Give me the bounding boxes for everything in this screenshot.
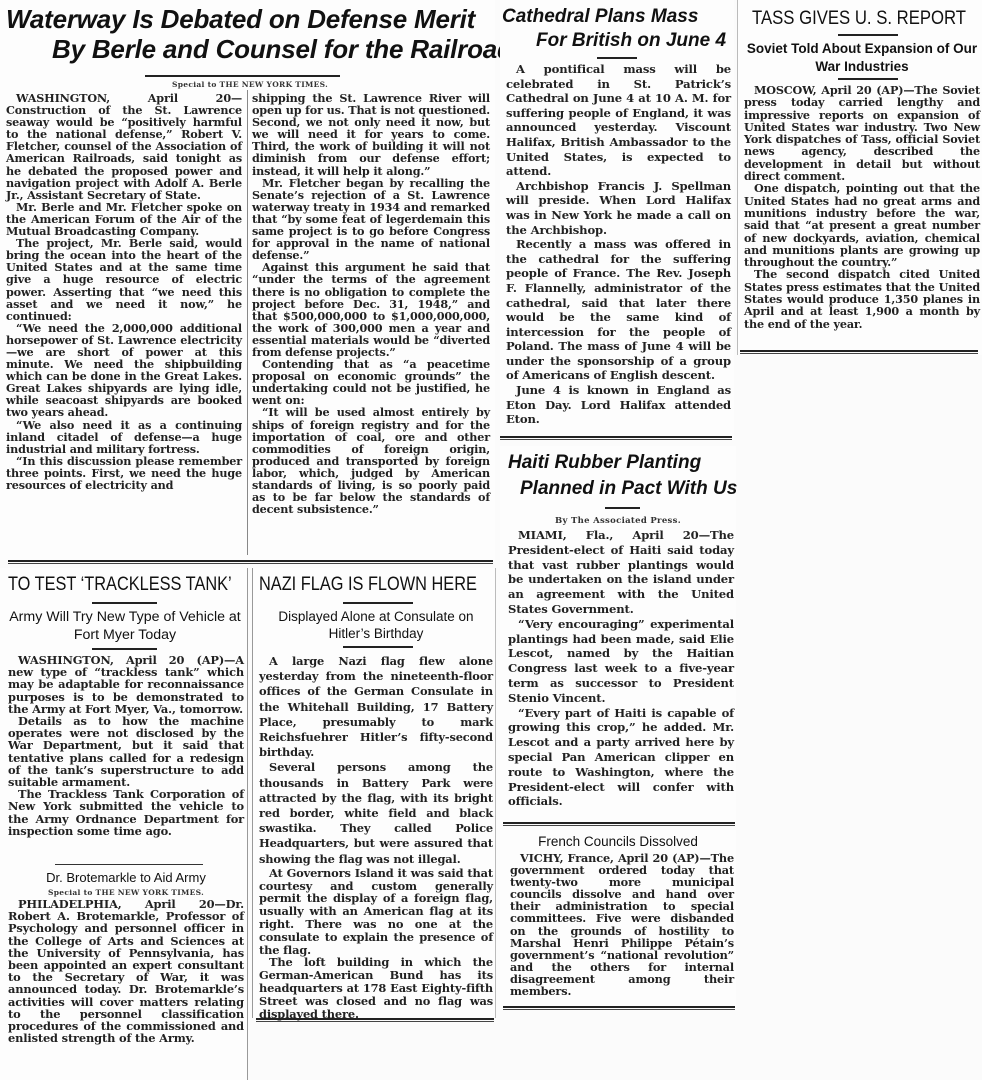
- paragraph: A large Nazi flag flew alone yesterday f…: [259, 654, 493, 760]
- paragraph: The loft building in which the German-Am…: [259, 956, 493, 1020]
- haiti-body: MIAMI, Fla., April 20—The President-elec…: [508, 528, 734, 809]
- section-rule: [500, 436, 732, 440]
- headline-rule: [92, 648, 157, 650]
- headline-tank: TO TEST ‘TRACKLESS TANK’: [8, 574, 232, 596]
- paragraph: MIAMI, Fla., April 20—The President-elec…: [508, 528, 734, 617]
- dek-tank: Army Will Try New Type of Vehicle at For…: [8, 608, 242, 644]
- paragraph: WASHINGTON, April 20—Construction of the…: [6, 92, 242, 201]
- paragraph: One dispatch, pointing out that the Unit…: [744, 182, 980, 268]
- section-rule: [55, 864, 203, 865]
- paragraph: Against this argument he said that “unde…: [252, 261, 490, 358]
- paragraph: “Very encouraging” experimental planting…: [508, 617, 734, 706]
- paragraph: Details as to how the machine operates w…: [8, 715, 244, 788]
- paragraph: “It will be used almost entirely by ship…: [252, 406, 490, 515]
- headline-rule: [838, 34, 898, 36]
- article-waterway: Waterway Is Debated on Defense Merit By …: [0, 0, 495, 560]
- paragraph: MOSCOW, April 20 (AP)—The Soviet press t…: [744, 84, 980, 182]
- headline-rule: [343, 602, 413, 604]
- paragraph: The Trackless Tank Corporation of New Yo…: [8, 788, 244, 837]
- headline-waterway-line1: Waterway Is Debated on Defense Merit: [6, 4, 475, 35]
- headline-cathedral-line2: For British on June 4: [536, 30, 726, 52]
- headline-rule: [838, 78, 898, 80]
- paragraph: “We need the 2,000,000 additional horsep…: [6, 322, 242, 419]
- credit-waterway: Special to THE NEW YORK TIMES.: [150, 80, 350, 89]
- headline-nazi-flag: NAZI FLAG IS FLOWN HERE: [259, 574, 477, 596]
- paragraph: Mr. Fletcher began by recalling the Sena…: [252, 177, 490, 262]
- dek-nazi-flag: Displayed Alone at Consulate on Hitler’s…: [257, 608, 495, 642]
- headline-rule: [145, 75, 340, 77]
- headline-brotemarkle: Dr. Brotemarkle to Aid Army: [8, 870, 244, 885]
- section-rule: [8, 560, 493, 564]
- tass-body: MOSCOW, April 20 (AP)—The Soviet press t…: [744, 84, 980, 330]
- paragraph: PHILADELPHIA, April 20—Dr. Robert A. Bro…: [8, 898, 244, 1044]
- paragraph: “Every part of Haiti is capable of growi…: [508, 706, 734, 810]
- headline-rule: [597, 57, 637, 59]
- section-rule: [503, 1006, 735, 1010]
- article-tass: TASS GIVES U. S. REPORT Soviet Told Abou…: [737, 0, 982, 355]
- paragraph: The second dispatch cited United States …: [744, 268, 980, 329]
- paragraph: VICHY, France, April 20 (AP)—The governm…: [510, 852, 734, 997]
- column-divider: [247, 90, 248, 555]
- waterway-column-1: WASHINGTON, April 20—Construction of the…: [6, 92, 242, 491]
- article-haiti: Haiti Rubber Planting Planned in Pact Wi…: [500, 446, 736, 824]
- headline-cathedral-line1: Cathedral Plans Mass: [502, 6, 698, 28]
- headline-tass: TASS GIVES U. S. REPORT: [752, 8, 966, 30]
- paragraph: At Governors Island it was said that cou…: [259, 867, 493, 957]
- section-rule: [740, 350, 978, 354]
- article-cathedral: Cathedral Plans Mass For British on June…: [500, 0, 734, 440]
- paragraph: Archbishop Francis J. Spellman will pres…: [506, 179, 731, 237]
- french-body: VICHY, France, April 20 (AP)—The governm…: [510, 852, 734, 997]
- paragraph: Mr. Berle and Mr. Fletcher spoke on the …: [6, 201, 242, 237]
- article-nazi-flag: NAZI FLAG IS FLOWN HERE Displayed Alone …: [252, 568, 496, 1018]
- headline-waterway-line2: By Berle and Counsel for the Railroads: [52, 34, 527, 65]
- brotemarkle-body: PHILADELPHIA, April 20—Dr. Robert A. Bro…: [8, 898, 244, 1044]
- headline-rule: [343, 646, 413, 648]
- article-trackless-tank: TO TEST ‘TRACKLESS TANK’ Army Will Try N…: [0, 568, 248, 1080]
- tank-body: WASHINGTON, April 20 (AP)—A new type of …: [8, 654, 244, 837]
- paragraph: A pontifical mass will be celebrated in …: [506, 62, 731, 179]
- paragraph: WASHINGTON, April 20 (AP)—A new type of …: [8, 654, 244, 715]
- cathedral-body: A pontifical mass will be celebrated in …: [506, 62, 731, 427]
- section-rule: [256, 1018, 494, 1022]
- paragraph: Recently a mass was offered in the cathe…: [506, 237, 731, 383]
- paragraph: Several persons among the thousands in B…: [259, 760, 493, 866]
- paragraph: shipping the St. Lawrence River will ope…: [252, 92, 490, 177]
- headline-haiti-line2: Planned in Pact With Us: [520, 478, 737, 500]
- section-rule: [503, 822, 735, 826]
- credit-haiti: By The Associated Press.: [500, 516, 736, 526]
- headline-rule: [92, 602, 157, 604]
- paragraph: June 4 is known in England as Eton Day. …: [506, 383, 731, 427]
- dek-tass: Soviet Told About Expansion of Our War I…: [742, 40, 982, 76]
- waterway-column-2: shipping the St. Lawrence River will ope…: [252, 92, 490, 515]
- article-french-councils: French Councils Dissolved VICHY, France,…: [500, 830, 736, 1010]
- headline-rule: [605, 507, 640, 509]
- paragraph: Contending that as “a peacetime proposal…: [252, 358, 490, 406]
- credit-brotemarkle: Special to THE NEW YORK TIMES.: [8, 888, 244, 897]
- headline-haiti-line1: Haiti Rubber Planting: [508, 452, 701, 474]
- paragraph: The project, Mr. Berle said, would bring…: [6, 237, 242, 322]
- paragraph: “We also need it as a continuing inland …: [6, 419, 242, 455]
- paragraph: “In this discussion please remember thre…: [6, 455, 242, 491]
- nazi-flag-body: A large Nazi flag flew alone yesterday f…: [259, 654, 493, 1020]
- headline-french: French Councils Dissolved: [500, 834, 736, 849]
